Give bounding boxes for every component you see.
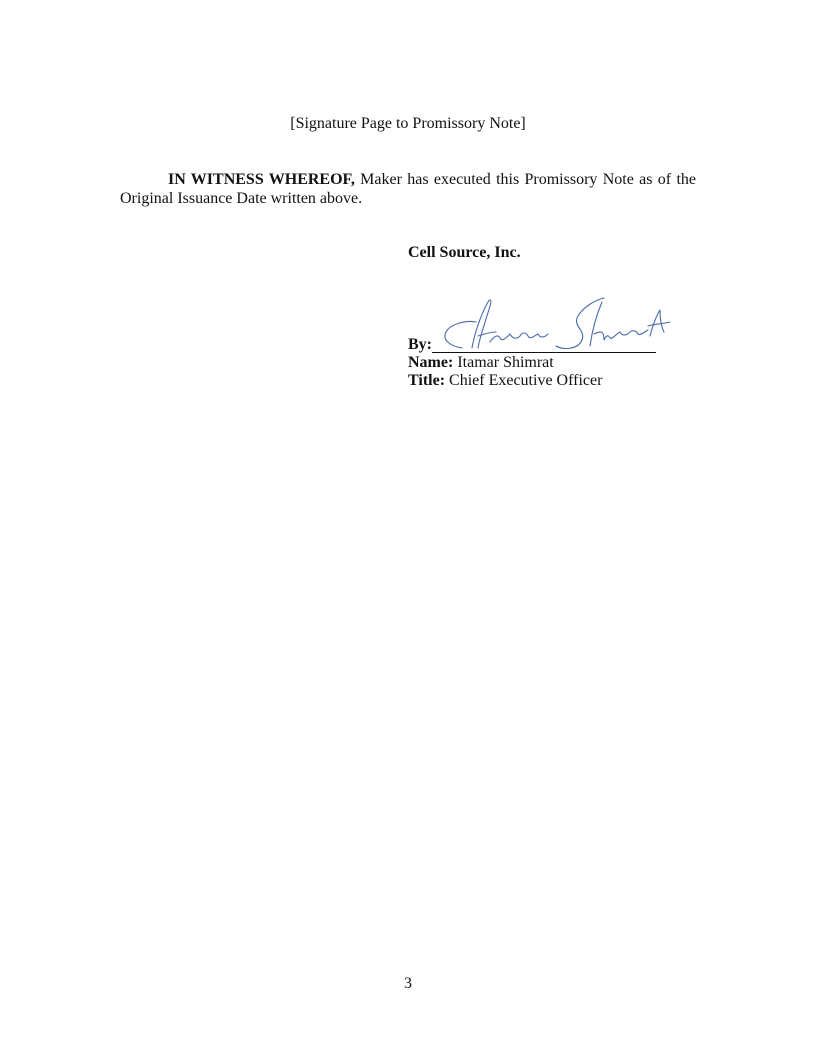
title-label: Title: bbox=[408, 372, 445, 389]
title-value: Chief Executive Officer bbox=[445, 372, 602, 389]
signatory-title: Title: Chief Executive Officer bbox=[408, 372, 668, 390]
signature-line bbox=[432, 352, 656, 353]
name-value: Itamar Shimrat bbox=[453, 354, 553, 371]
signature-row: By: bbox=[408, 296, 668, 354]
signatory-name: Name: Itamar Shimrat bbox=[408, 354, 668, 372]
page-heading: [Signature Page to Promissory Note] bbox=[0, 114, 816, 134]
name-label: Name: bbox=[408, 354, 453, 371]
witness-paragraph: IN WITNESS WHEREOF, Maker has executed t… bbox=[120, 170, 696, 208]
page-number: 3 bbox=[0, 975, 816, 993]
company-name: Cell Source, Inc. bbox=[408, 243, 521, 263]
handwritten-signature-icon bbox=[432, 296, 672, 356]
by-label: By: bbox=[408, 336, 432, 354]
signature-block: By: Name: Itamar Shimrat Title: Chief Ex… bbox=[408, 296, 668, 390]
witness-lead: IN WITNESS WHEREOF, bbox=[168, 171, 355, 188]
